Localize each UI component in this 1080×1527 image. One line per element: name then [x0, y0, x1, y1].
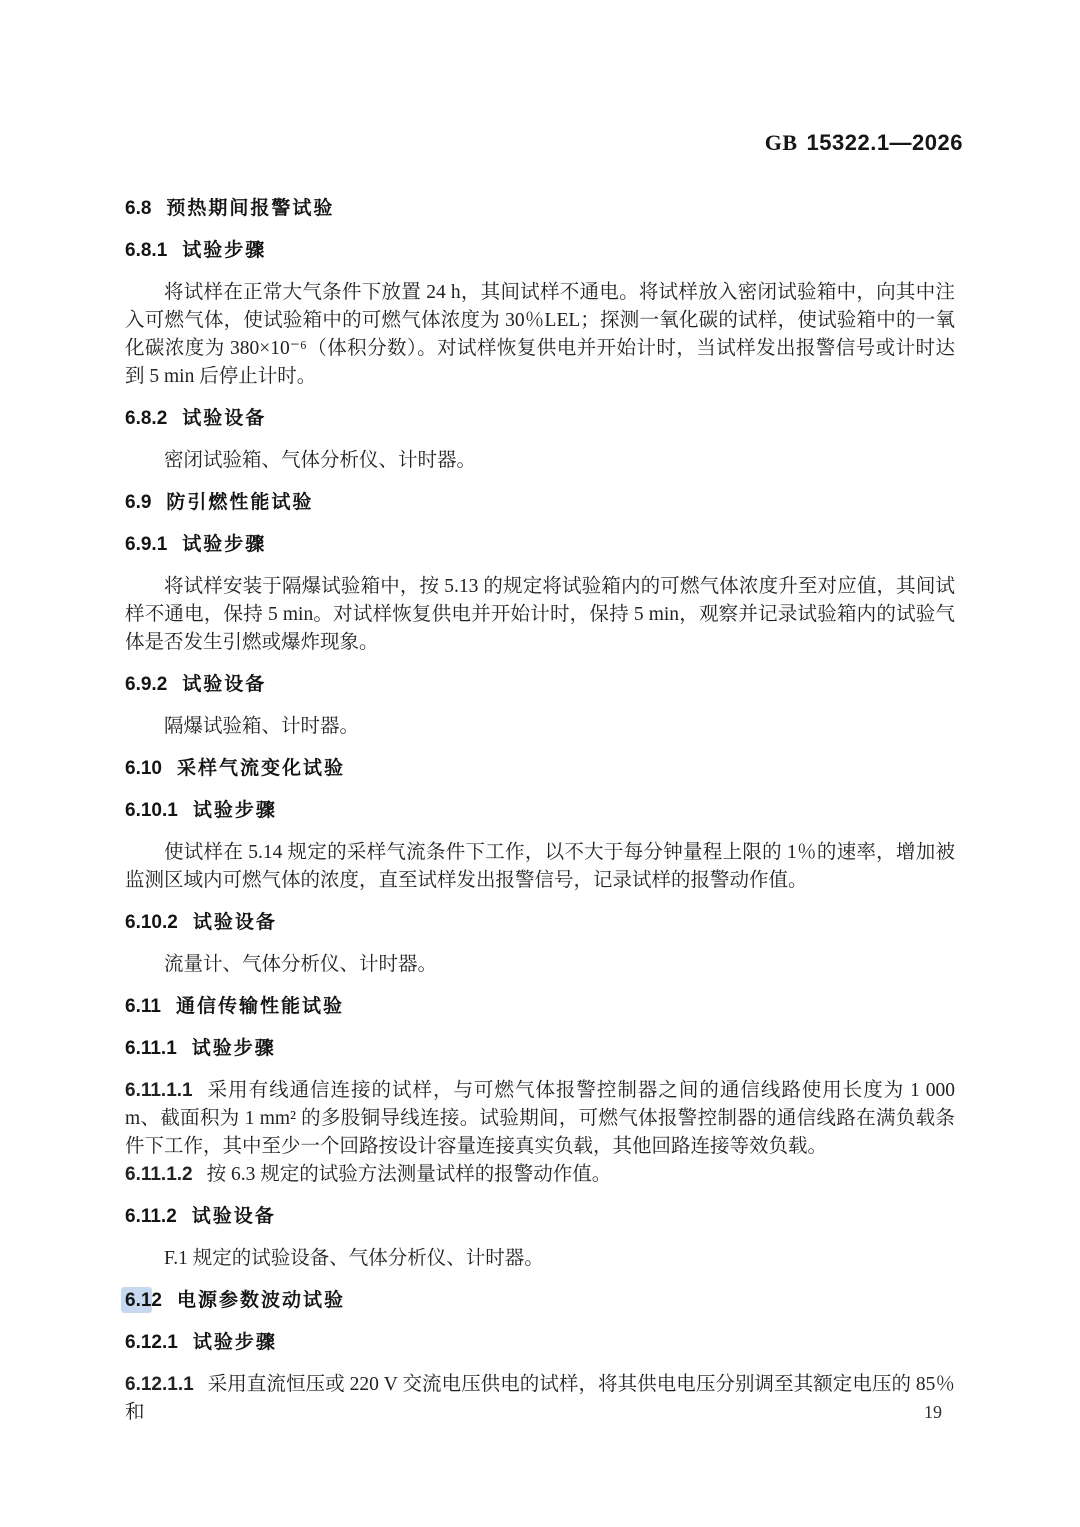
doc-code-prefix: GB [765, 130, 798, 155]
section-title: 采样气流变化试验 [177, 758, 345, 779]
subsection-heading-6-10-1: 6.10.1试验步骤 [125, 797, 955, 825]
section-number: 6.11 [125, 996, 161, 1017]
section-heading-6-12: 6.12电源参数波动试验 [125, 1287, 955, 1315]
paragraph-number: 6.12.1.1 [125, 1374, 194, 1395]
subsection-title: 试验设备 [192, 1206, 276, 1227]
doc-code-number: 15322.1—2026 [807, 130, 963, 155]
numbered-paragraph-6-11-1-1: 6.11.1.1采用有线通信连接的试样，与可燃气体报警控制器之间的通信线路使用长… [125, 1077, 955, 1161]
subsection-number: 6.9.2 [125, 674, 167, 695]
subsection-heading-6-9-1: 6.9.1试验步骤 [125, 531, 955, 559]
subsection-heading-6-12-1: 6.12.1试验步骤 [125, 1329, 955, 1357]
subsection-title: 试验步骤 [182, 534, 266, 555]
subsection-heading-6-8-2: 6.8.2试验设备 [125, 405, 955, 433]
subsection-title: 试验设备 [182, 674, 266, 695]
subsection-title: 试验设备 [193, 912, 277, 933]
subsection-number: 6.8.2 [125, 408, 167, 429]
subsection-heading-6-11-2: 6.11.2试验设备 [125, 1203, 955, 1231]
paragraph-6-8-1: 将试样在正常大气条件下放置 24 h，其间试样不通电。将试样放入密闭试验箱中，向… [125, 279, 955, 391]
paragraph-number: 6.11.1.1 [125, 1080, 193, 1101]
subsection-heading-6-10-2: 6.10.2试验设备 [125, 909, 955, 937]
section-number: 6.12 [125, 1290, 162, 1311]
selection-highlight: 6.1 [121, 1287, 152, 1313]
section-number-rest: 2 [151, 1290, 162, 1311]
paragraph-6-10-2: 流量计、气体分析仪、计时器。 [125, 951, 955, 979]
document-body: 6.8预热期间报警试验 6.8.1试验步骤 将试样在正常大气条件下放置 24 h… [125, 181, 955, 1441]
paragraph-number: 6.11.1.2 [125, 1164, 193, 1185]
paragraph-text: 采用有线通信连接的试样，与可燃气体报警控制器之间的通信线路使用长度为 1 000… [125, 1080, 955, 1157]
section-heading-6-8: 6.8预热期间报警试验 [125, 195, 955, 223]
section-heading-6-9: 6.9防引燃性能试验 [125, 489, 955, 517]
subsection-title: 试验设备 [182, 408, 266, 429]
paragraph-6-9-2: 隔爆试验箱、计时器。 [125, 713, 955, 741]
subsection-title: 试验步骤 [182, 240, 266, 261]
doc-code-header: GB15322.1—2026 [765, 130, 963, 156]
document-page: GB15322.1—2026 6.8预热期间报警试验 6.8.1试验步骤 将试样… [0, 0, 1080, 1527]
section-heading-6-10: 6.10采样气流变化试验 [125, 755, 955, 783]
subsection-number: 6.8.1 [125, 240, 167, 261]
subsection-number: 6.10.2 [125, 912, 178, 933]
paragraph-6-11-2: F.1 规定的试验设备、气体分析仪、计时器。 [125, 1245, 955, 1273]
section-title: 预热期间报警试验 [166, 198, 334, 219]
section-number: 6.8 [125, 198, 151, 219]
paragraph-text: 采用直流恒压或 220 V 交流电压供电的试样，将其供电电压分别调至其额定电压的… [125, 1374, 955, 1423]
paragraph-6-8-2: 密闭试验箱、气体分析仪、计时器。 [125, 447, 955, 475]
paragraph-text: 按 6.3 规定的试验方法测量试样的报警动作值。 [207, 1164, 612, 1185]
subsection-heading-6-11-1: 6.11.1试验步骤 [125, 1035, 955, 1063]
page-number: 19 [924, 1402, 942, 1423]
subsection-heading-6-9-2: 6.9.2试验设备 [125, 671, 955, 699]
section-title: 通信传输性能试验 [176, 996, 344, 1017]
subsection-number: 6.11.1 [125, 1038, 177, 1059]
subsection-number: 6.11.2 [125, 1206, 177, 1227]
section-number: 6.10 [125, 758, 162, 779]
section-heading-6-11: 6.11通信传输性能试验 [125, 993, 955, 1021]
subsection-title: 试验步骤 [193, 1332, 277, 1353]
subsection-number: 6.12.1 [125, 1332, 178, 1353]
section-number: 6.9 [125, 492, 151, 513]
subsection-number: 6.9.1 [125, 534, 167, 555]
section-title: 防引燃性能试验 [166, 492, 313, 513]
section-title: 电源参数波动试验 [177, 1290, 345, 1311]
subsection-number: 6.10.1 [125, 800, 178, 821]
subsection-heading-6-8-1: 6.8.1试验步骤 [125, 237, 955, 265]
numbered-paragraph-6-11-1-2: 6.11.1.2按 6.3 规定的试验方法测量试样的报警动作值。 [125, 1161, 955, 1189]
paragraph-6-9-1: 将试样安装于隔爆试验箱中，按 5.13 的规定将试验箱内的可燃气体浓度升至对应值… [125, 573, 955, 657]
subsection-title: 试验步骤 [193, 800, 277, 821]
numbered-paragraph-6-12-1-1: 6.12.1.1采用直流恒压或 220 V 交流电压供电的试样，将其供电电压分别… [125, 1371, 955, 1427]
subsection-title: 试验步骤 [192, 1038, 276, 1059]
paragraph-6-10-1: 使试样在 5.14 规定的采样气流条件下工作，以不大于每分钟量程上限的 1％的速… [125, 839, 955, 895]
